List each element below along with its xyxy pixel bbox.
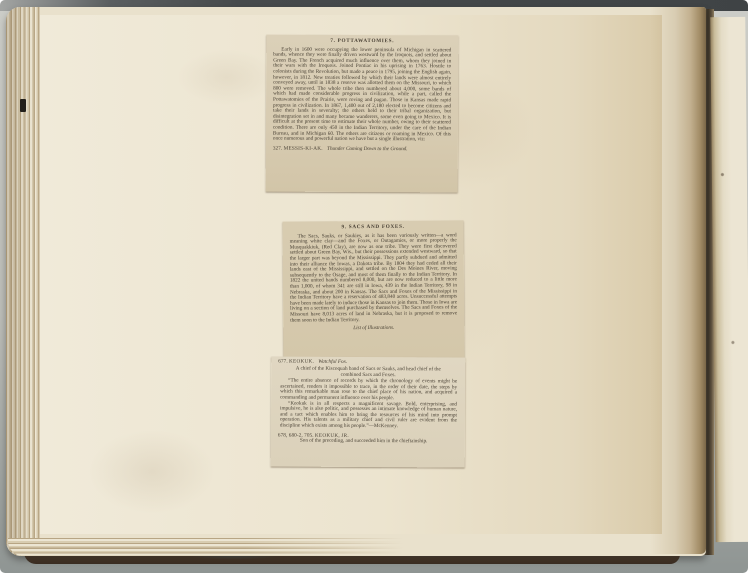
- entry-title: Thunder Coming Down to the Ground.: [327, 146, 408, 152]
- clipping-sacs-and-foxes: 9. SACS AND FOXES. The Sacs, Sauks, or S…: [283, 220, 465, 359]
- clipping-body: The Sacs, Sauks, or Saukies, as it has b…: [290, 233, 458, 324]
- entry-title: Watchful Fox.: [318, 359, 347, 365]
- entry-number: 677.: [278, 359, 288, 365]
- clipping-heading: 7. POTTAWATOMIES.: [273, 39, 451, 45]
- entry-paragraph: “The entire absence of records by which …: [280, 379, 457, 402]
- album-photo: 7. POTTAWATOMIES. Early in 1600 were occ…: [0, 0, 748, 573]
- page-edges-bottom: [8, 538, 438, 556]
- page-edges-left: [6, 7, 40, 556]
- clipping-pottawatomies: 7. POTTAWATOMIES. Early in 1600 were occ…: [266, 35, 459, 193]
- facing-page-edge: [710, 17, 748, 542]
- entry-number: 327.: [273, 145, 283, 151]
- catalog-entry: 327. Messis-ki-ak. Thunder Coming Down t…: [273, 146, 451, 152]
- clipping-body: Early in 1600 were occupying the lower p…: [273, 47, 451, 143]
- entry-name: Keokuk.: [289, 359, 314, 365]
- page-curve-shadow: [650, 7, 706, 554]
- clipping-heading: 9. SACS AND FOXES.: [290, 224, 457, 231]
- entry-paragraph: “Keokuk is in all respects a magnificent…: [280, 401, 457, 430]
- entry-paragraph: Son of the preceding, and succeeded him …: [288, 439, 452, 445]
- list-of-illustrations-label: List of Illustrations.: [290, 325, 457, 332]
- page-edge-notch: [20, 99, 26, 112]
- clipping-keokuk: 677. Keokuk. Watchful Fox. A chief of th…: [271, 356, 466, 467]
- entry-name: Messis-ki-ak.: [284, 145, 323, 151]
